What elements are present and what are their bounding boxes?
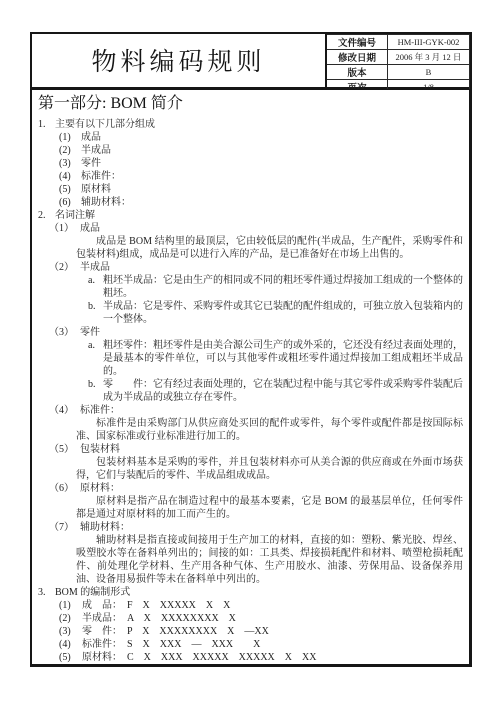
meta-row-doc-number: 文件编号 HM-III-GYK-002 — [326, 35, 470, 50]
document-body: 第一部分: BOM 简介 1.主要有以下几部分组成 (1)成品 (2)半成品 (… — [30, 89, 472, 667]
item-marker: (5) — [59, 651, 82, 664]
item-text: 标准件： — [80, 404, 465, 417]
item-text: BOM 的编制形式 — [55, 586, 465, 599]
code-text: 成 品： F X XXXXX X X — [82, 599, 465, 612]
list-item: (1)成品 — [59, 131, 465, 144]
code-format-line: (6)辅助材料：N X XXXXXX — [59, 664, 465, 667]
item-marker: （2） — [49, 261, 80, 274]
item-text: 原材料 — [81, 183, 465, 196]
item-marker: （7） — [49, 521, 80, 534]
item-text: 辅助材料： — [80, 521, 465, 534]
item-text: 标准件： — [81, 170, 465, 183]
item-marker: (2) — [59, 144, 81, 157]
item-marker: a. — [88, 339, 103, 378]
item-marker: （6） — [49, 482, 80, 495]
item-text: 粗坯零件：粗坯零件是由美合源公司生产的或外采的，它还没有经过表面处理的，是最基本… — [103, 339, 463, 378]
item-text: 名词注解 — [55, 209, 465, 222]
list-item: (3)零件 — [59, 157, 465, 170]
meta-label: 修改日期 — [326, 50, 388, 65]
meta-value: B — [388, 65, 470, 80]
item-text: 辅助材料： — [81, 196, 465, 209]
item-marker: （4） — [49, 404, 80, 417]
meta-row-modify-date: 修改日期 2006 年 3 月 12 日 — [326, 50, 470, 65]
sub-item: a.粗坯零件：粗坯零件是由美合源公司生产的或外采的，它还没有经过表面处理的，是最… — [88, 339, 463, 378]
list-item: (4)标准件： — [59, 170, 465, 183]
item-text: 包装材料 — [80, 443, 465, 456]
item-marker: (3) — [59, 625, 82, 638]
meta-row-version: 版本 B — [326, 65, 470, 80]
list-item: （2）半成品 — [49, 261, 465, 274]
item-text: 零件 — [81, 157, 465, 170]
item-marker: (6) — [59, 664, 82, 667]
document-page: 物料编码规则 文件编号 HM-III-GYK-002 修改日期 2006 年 3… — [0, 0, 500, 707]
meta-label: 文件编号 — [326, 35, 388, 50]
list-item: 1.主要有以下几部分组成 — [38, 118, 465, 131]
item-marker: 3. — [38, 586, 55, 599]
list-item: （4）标准件： — [49, 404, 465, 417]
code-text: 辅助材料：N X XXXXXX — [82, 664, 465, 667]
item-marker: (6) — [59, 196, 81, 209]
list-item: 2.名词注解 — [38, 209, 465, 222]
list-item: （1）成品 — [49, 222, 465, 235]
item-text: 成品 — [81, 131, 465, 144]
item-marker: (3) — [59, 157, 81, 170]
section-heading: 第一部分: BOM 简介 — [34, 91, 465, 118]
sub-item: b.零 件：它有经过表面处理的，它在装配过程中能与其它零件或采购零件装配后成为半… — [88, 378, 463, 404]
item-marker: (4) — [59, 638, 82, 651]
item-marker: (1) — [59, 599, 82, 612]
meta-value: HM-III-GYK-002 — [388, 35, 470, 50]
item-marker: 2. — [38, 209, 55, 222]
item-marker: (2) — [59, 612, 82, 625]
item-text: 半成品 — [81, 144, 465, 157]
item-marker: (4) — [59, 170, 81, 183]
item-text: 零件 — [80, 326, 465, 339]
item-marker: 1. — [38, 118, 55, 131]
sub-item: a.粗坯半成品：它是由生产的相同或不同的粗坯零件通过焊接加工组成的一个整体的粗坯… — [88, 274, 463, 300]
code-text: 原材料： C X XXX XXXXX XXXXX X XX — [82, 651, 465, 664]
code-text: 标准件： S X XXX — XXX X — [82, 638, 465, 651]
item-text: 原材料： — [80, 482, 465, 495]
paragraph: 辅助材料是指直接或间接用于生产加工的材料，直接的如：塑粉、紫光胶、焊丝、吸塑胶水… — [76, 534, 463, 586]
item-marker: a. — [88, 274, 103, 300]
item-marker: （3） — [49, 326, 80, 339]
document-header: 物料编码规则 文件编号 HM-III-GYK-002 修改日期 2006 年 3… — [30, 32, 472, 89]
list-item: （3）零件 — [49, 326, 465, 339]
item-marker: (5) — [59, 183, 81, 196]
item-text: 主要有以下几部分组成 — [55, 118, 465, 131]
item-marker: (1) — [59, 131, 81, 144]
paragraph: 成品是 BOM 结构里的最顶层，它由较低层的配件(半成品，生产配件，采购零件和包… — [76, 235, 463, 261]
list-item: 3.BOM 的编制形式 — [38, 586, 465, 599]
item-text: 半成品 — [80, 261, 465, 274]
item-text: 粗坯半成品：它是由生产的相同或不同的粗坯零件通过焊接加工组成的一个整体的粗坯。 — [103, 274, 463, 300]
paragraph: 原材料是指产品在制造过程中的最基本要素，它是 BOM 的最基层单位，任何零件都是… — [76, 495, 463, 521]
document-title: 物料编码规则 — [32, 34, 325, 87]
code-format-line: (3)零 件： P X XXXXXXXX X —XX — [59, 625, 465, 638]
item-marker: （1） — [49, 222, 80, 235]
paragraph: 包装材料基本是采购的零件，并且包装材料亦可从美合源的供应商或在外面市场获得，它们… — [76, 456, 463, 482]
code-format-line: (1)成 品： F X XXXXX X X — [59, 599, 465, 612]
item-text: 成品 — [80, 222, 465, 235]
meta-value: 2006 年 3 月 12 日 — [388, 50, 470, 65]
list-item: (2)半成品 — [59, 144, 465, 157]
list-item: （5）包装材料 — [49, 443, 465, 456]
item-text: 半成品：它是零件、采购零件或其它已装配的配件组成的，可独立放入包装箱内的一个整体… — [103, 300, 463, 326]
item-marker: b. — [88, 378, 103, 404]
item-marker: （5） — [49, 443, 80, 456]
code-text: 零 件： P X XXXXXXXX X —XX — [82, 625, 465, 638]
code-text: 半成品： A X XXXXXXXX X — [82, 612, 465, 625]
code-format-line: (4)标准件： S X XXX — XXX X — [59, 638, 465, 651]
item-text: 零 件：它有经过表面处理的，它在装配过程中能与其它零件或采购零件装配后成为半成品… — [103, 378, 463, 404]
code-format-line: (2)半成品： A X XXXXXXXX X — [59, 612, 465, 625]
list-item: (5)原材料 — [59, 183, 465, 196]
list-item: (6)辅助材料： — [59, 196, 465, 209]
sub-item: b.半成品：它是零件、采购零件或其它已装配的配件组成的，可独立放入包装箱内的一个… — [88, 300, 463, 326]
item-marker: b. — [88, 300, 103, 326]
paragraph: 标准件是由采购部门从供应商处买回的配件或零件，每个零件或配件都是按国际标准、国家… — [76, 417, 463, 443]
code-format-line: (5)原材料： C X XXX XXXXX XXXXX X XX — [59, 651, 465, 664]
meta-label: 版本 — [326, 65, 388, 80]
list-item: （6）原材料： — [49, 482, 465, 495]
header-meta-table: 文件编号 HM-III-GYK-002 修改日期 2006 年 3 月 12 日… — [325, 34, 470, 95]
list-item: （7）辅助材料： — [49, 521, 465, 534]
